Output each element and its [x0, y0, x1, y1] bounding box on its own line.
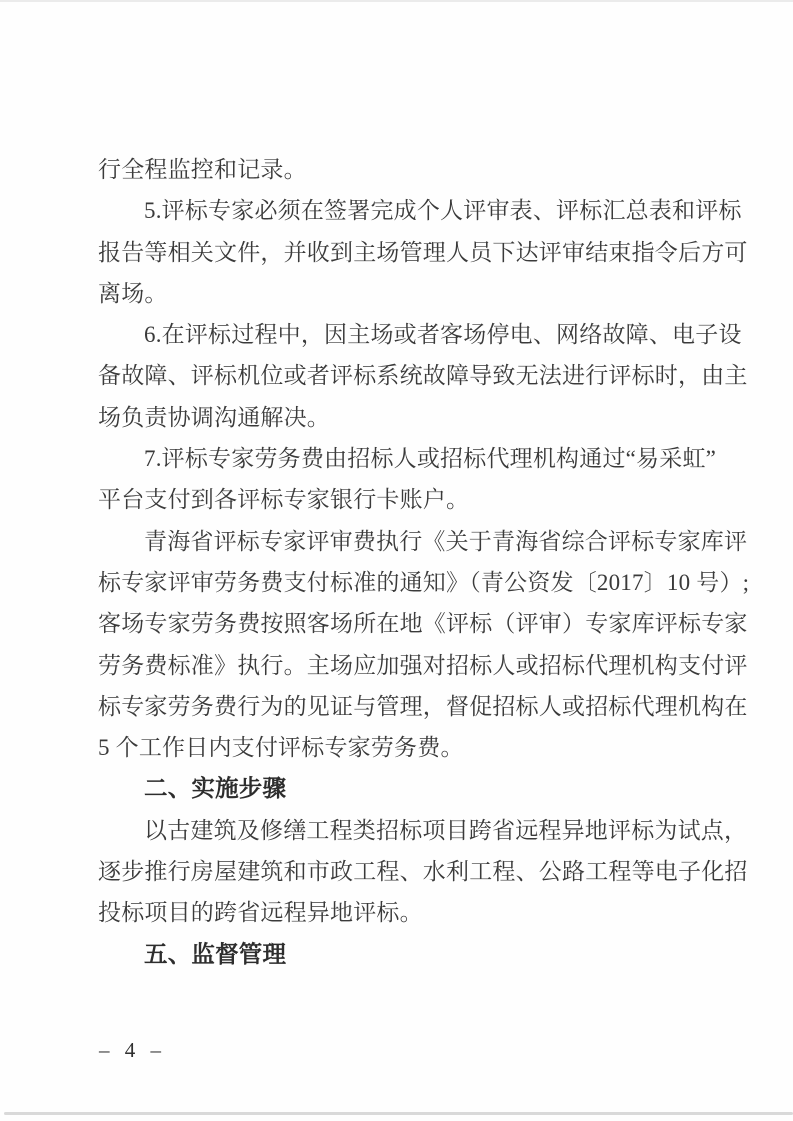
text-line: 6.在评标过程中，因主场或者客场停电、网络故障、电子设	[98, 314, 714, 355]
text-line: 备故障、评标机位或者评标系统故障导致无法进行评标时，由主	[98, 355, 714, 396]
scan-edge-top	[0, 0, 793, 2]
text-line: 离场。	[98, 273, 714, 314]
page-number: – 4 –	[99, 1038, 166, 1062]
text-line: 劳务费标准》执行。主场应加强对招标人或招标代理机构支付评	[98, 645, 714, 686]
text-line: 以古建筑及修缮工程类招标项目跨省远程异地评标为试点，	[98, 810, 714, 851]
text-line: 标专家评审劳务费支付标准的通知》（青公资发〔2017〕10 号）;	[98, 562, 714, 603]
document-page: 行全程监控和记录。5.评标专家必须在签署完成个人评审表、评标汇总表和评标报告等相…	[0, 0, 793, 1121]
section-heading: 五、监督管理	[98, 934, 714, 975]
text-line: 青海省评标专家评审费执行《关于青海省综合评标专家库评	[98, 521, 714, 562]
text-line: 7.评标专家劳务费由招标人或招标代理机构通过“易采虹”	[98, 438, 714, 479]
text-line: 逐步推行房屋建筑和市政工程、水利工程、公路工程等电子化招	[98, 851, 714, 892]
text-line: 行全程监控和记录。	[98, 149, 714, 190]
text-line: 投标项目的跨省远程异地评标。	[98, 892, 714, 933]
text-line: 5 个工作日内支付评标专家劳务费。	[98, 727, 714, 768]
text-line: 5.评标专家必须在签署完成个人评审表、评标汇总表和评标	[98, 190, 714, 231]
text-line: 标专家劳务费行为的见证与管理，督促招标人或招标代理机构在	[98, 686, 714, 727]
text-line: 报告等相关文件，并收到主场管理人员下达评审结束指令后方可	[98, 232, 714, 273]
scan-edge-bottom	[4, 1112, 793, 1115]
text-line: 平台支付到各评标专家银行卡账户。	[98, 479, 714, 520]
section-heading: 二、实施步骤	[98, 768, 714, 809]
document-body: 行全程监控和记录。5.评标专家必须在签署完成个人评审表、评标汇总表和评标报告等相…	[98, 149, 714, 975]
text-line: 场负责协调沟通解决。	[98, 397, 714, 438]
text-line: 客场专家劳务费按照客场所在地《评标（评审）专家库评标专家	[98, 603, 714, 644]
